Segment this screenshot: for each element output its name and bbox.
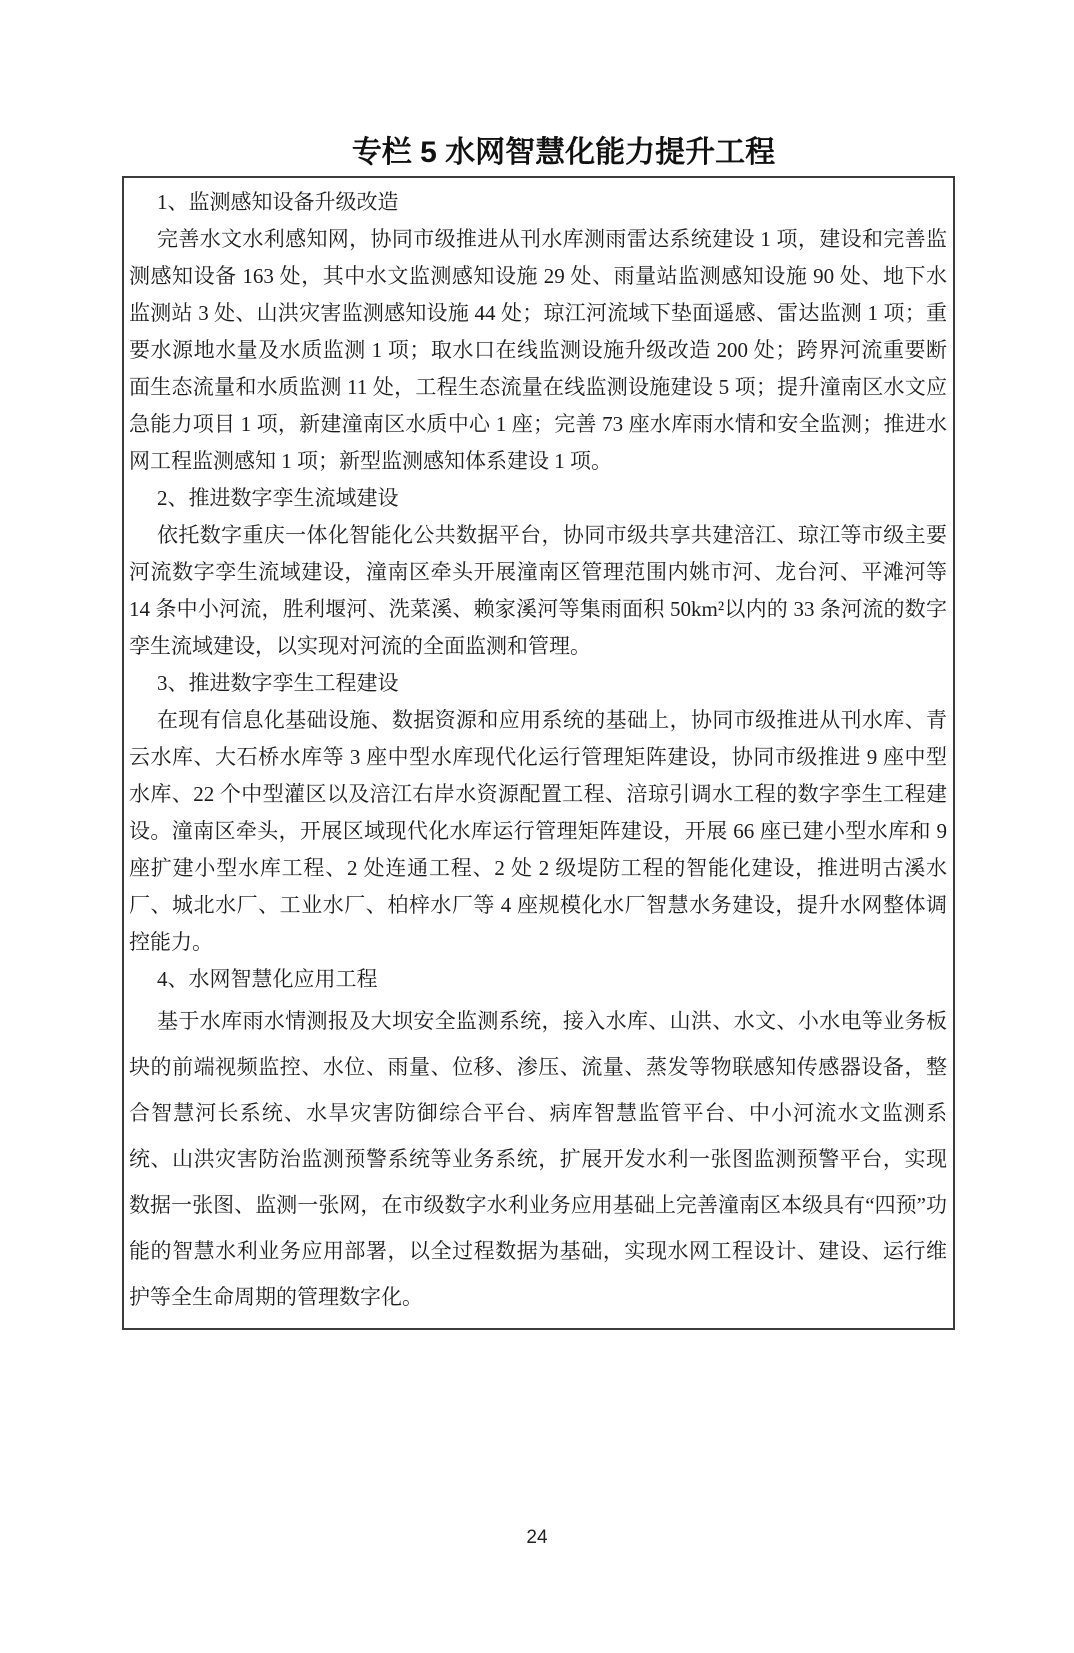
page-number: 24 bbox=[0, 1527, 1074, 1549]
section-4-body: 基于水库雨水情测报及大坝安全监测系统，接入水库、山洪、水文、小水电等业务板块的前… bbox=[129, 998, 947, 1320]
section-3: 3、推进数字孪生工程建设 在现有信息化基础设施、数据资源和应用系统的基础上，协同… bbox=[129, 665, 947, 961]
document-page: { "colors": { "background": "#ffffff", "… bbox=[0, 133, 1074, 1653]
section-3-body: 在现有信息化基础设施、数据资源和应用系统的基础上，协同市级推进从刊水库、青云水库… bbox=[129, 702, 947, 961]
section-3-heading: 3、推进数字孪生工程建设 bbox=[129, 665, 947, 702]
page-title: 专栏 5 水网智慧化能力提升工程 bbox=[122, 133, 955, 173]
section-1-body: 完善水文水利感知网，协同市级推进从刊水库测雨雷达系统建设 1 项，建设和完善监测… bbox=[129, 221, 947, 480]
section-1-heading: 1、监测感知设备升级改造 bbox=[129, 184, 947, 221]
section-4: 4、水网智慧化应用工程 基于水库雨水情测报及大坝安全监测系统，接入水库、山洪、水… bbox=[129, 961, 947, 1320]
section-2-body: 依托数字重庆一体化智能化公共数据平台，协同市级共享共建涪江、琼江等市级主要河流数… bbox=[129, 517, 947, 665]
section-2: 2、推进数字孪生流域建设 依托数字重庆一体化智能化公共数据平台，协同市级共享共建… bbox=[129, 480, 947, 665]
section-1: 1、监测感知设备升级改造 完善水文水利感知网，协同市级推进从刊水库测雨雷达系统建… bbox=[129, 184, 947, 480]
callout-box: 1、监测感知设备升级改造 完善水文水利感知网，协同市级推进从刊水库测雨雷达系统建… bbox=[122, 176, 955, 1330]
section-2-heading: 2、推进数字孪生流域建设 bbox=[129, 480, 947, 517]
section-4-heading: 4、水网智慧化应用工程 bbox=[129, 961, 947, 998]
